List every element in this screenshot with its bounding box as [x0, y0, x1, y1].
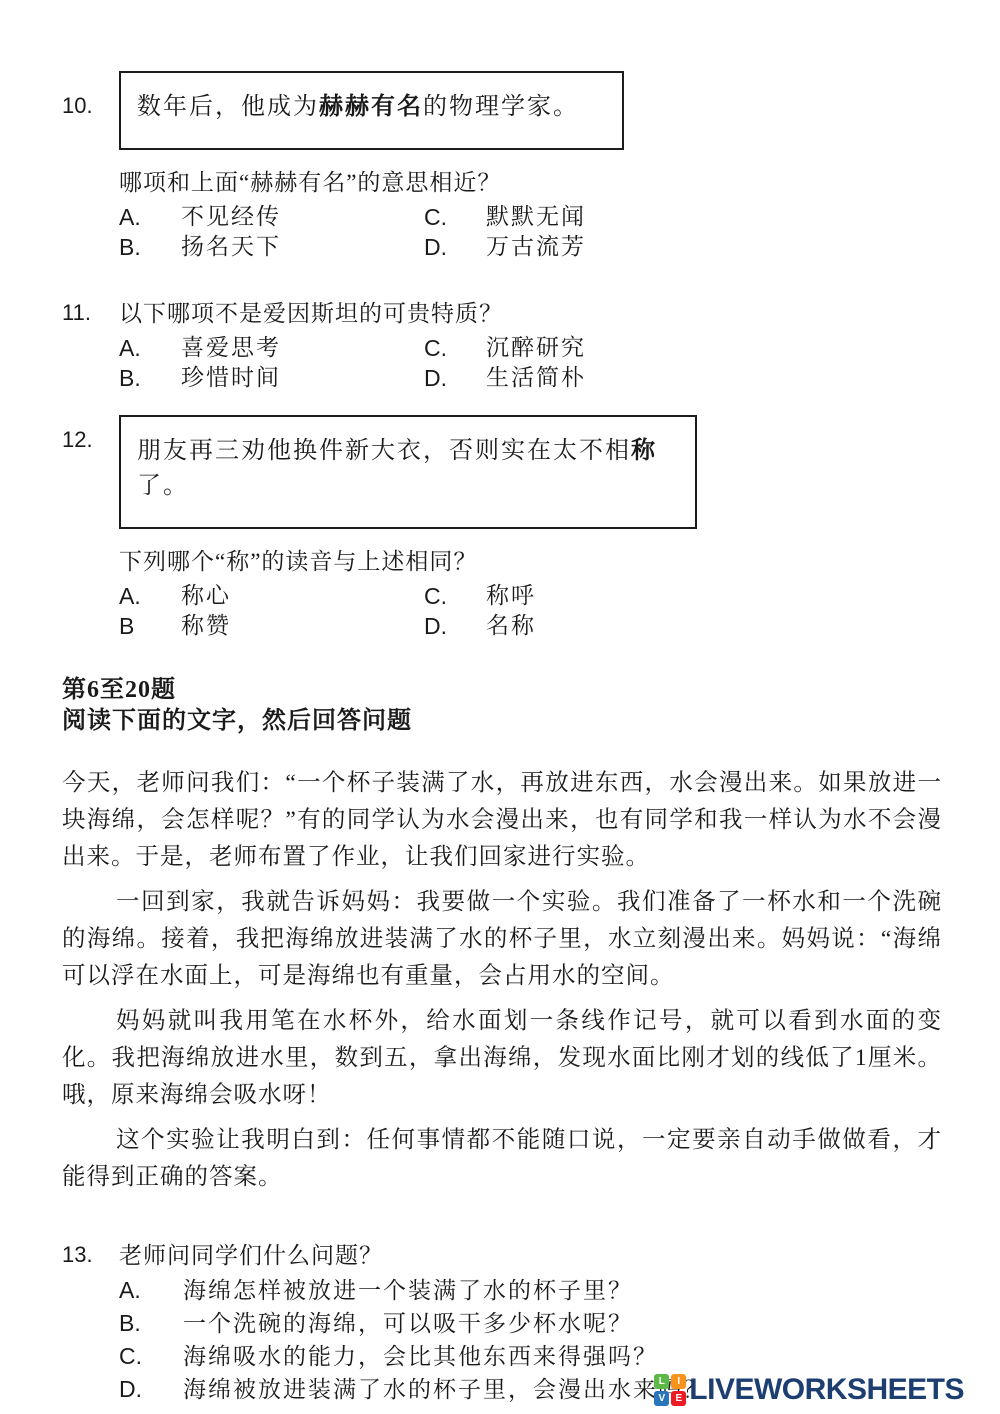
option-letter: C.: [424, 581, 486, 611]
question-10-number: 10.: [62, 71, 119, 119]
question-12-prompt: 下列哪个“称”的读音与上述相同？: [119, 548, 942, 576]
option-text: 一个洗碗的海绵，可以吸干多少杯水呢？: [183, 1307, 942, 1340]
question-10: 10. 数年后，他成为赫赫有名的物理学家。 哪项和上面“赫赫有名”的意思相近？ …: [62, 71, 942, 262]
option-text: 名称: [486, 611, 942, 641]
option-text: 称呼: [486, 581, 942, 611]
option-text: 沉醉研究: [486, 333, 942, 363]
option-letter: D.: [119, 1373, 183, 1406]
option-letter: A.: [119, 202, 181, 232]
section-header-range: 第6至20题: [62, 675, 942, 706]
option-text: 喜爱思考: [181, 333, 424, 363]
boxed-text-post: 了。: [137, 473, 189, 499]
logo-wordmark: LIVEWORKSHEETS: [689, 1373, 964, 1407]
question-11-number: 11.: [62, 300, 119, 326]
question-10-options: A. 不见经传 C. 默默无闻 B. 扬名天下 D. 万古流芳: [119, 202, 942, 262]
option-letter: D.: [424, 611, 486, 641]
option-letter: D.: [424, 232, 486, 262]
option-text: 海绵怎样被放进一个装满了水的杯子里？: [183, 1274, 942, 1307]
passage-paragraph: 这个实验让我明白到：任何事情都不能随口说，一定要亲自动手做做看，才能得到正确的答…: [62, 1122, 942, 1196]
option-text: 称心: [181, 581, 424, 611]
question-12-boxed-sentence: 朋友再三劝他换件新大衣，否则实在太不相称了。: [119, 415, 697, 529]
option-letter: B.: [119, 232, 181, 262]
option-text: 珍惜时间: [181, 363, 424, 393]
option-letter: C.: [424, 333, 486, 363]
question-12: 12. 朋友再三劝他换件新大衣，否则实在太不相称了。 下列哪个“称”的读音与上述…: [62, 419, 942, 641]
option-letter: A.: [119, 581, 181, 611]
option-text: 称赞: [181, 611, 424, 641]
option-letter: A.: [119, 333, 181, 363]
question-10-prompt: 哪项和上面“赫赫有名”的意思相近？: [119, 169, 942, 197]
option-text: 海绵吸水的能力，会比其他东西来得强吗？: [183, 1340, 942, 1373]
question-11-options: A. 喜爱思考 C. 沉醉研究 B. 珍惜时间 D. 生活简朴: [119, 333, 942, 393]
passage-paragraph: 今天，老师问我们：“一个杯子装满了水，再放进东西，水会漫出来。如果放进一块海绵，…: [62, 765, 942, 876]
passage-paragraph: 一回到家，我就告诉妈妈：我要做一个实验。我们准备了一杯水和一个洗碗的海绵。接着，…: [62, 884, 942, 995]
option-text: 生活简朴: [486, 363, 942, 393]
question-13-prompt: 老师问同学们什么问题？: [119, 1242, 942, 1270]
question-13-number: 13.: [62, 1242, 119, 1268]
question-11: 11. 以下哪项不是爱因斯坦的可贵特质？ A. 喜爱思考 C. 沉醉研究 B. …: [62, 300, 942, 393]
section-header-instruction: 阅读下面的文字，然后回答问题: [62, 706, 942, 737]
option-letter: D.: [424, 363, 486, 393]
logo-square-l: L: [654, 1374, 669, 1389]
option-text: 默默无闻: [486, 202, 942, 232]
option-letter: B.: [119, 1307, 183, 1340]
liveworksheets-logo[interactable]: L I V E LIVEWORKSHEETS: [654, 1373, 964, 1407]
option-text: 万古流芳: [486, 232, 942, 262]
logo-square-e: E: [671, 1391, 686, 1406]
option-text: 扬名天下: [181, 232, 424, 262]
option-letter: B: [119, 611, 181, 641]
question-10-boxed-sentence: 数年后，他成为赫赫有名的物理学家。: [119, 71, 624, 150]
option-letter: B.: [119, 363, 181, 393]
option-letter: C.: [424, 202, 486, 232]
option-letter: C.: [119, 1340, 183, 1373]
boxed-text-post: 的物理学家。: [423, 94, 579, 120]
worksheet-page: 10. 数年后，他成为赫赫有名的物理学家。 哪项和上面“赫赫有名”的意思相近？ …: [0, 0, 1000, 1414]
passage-paragraph: 妈妈就叫我用笔在水杯外，给水面划一条线作记号，就可以看到水面的变化。我把海绵放进…: [62, 1003, 942, 1114]
question-12-number: 12.: [62, 419, 119, 453]
logo-square-i: I: [671, 1374, 686, 1389]
option-text: 不见经传: [181, 202, 424, 232]
boxed-text-pre: 数年后，他成为: [137, 94, 319, 120]
boxed-text-bold: 赫赫有名: [319, 94, 423, 120]
reading-passage: 今天，老师问我们：“一个杯子装满了水，再放进东西，水会漫出来。如果放进一块海绵，…: [62, 765, 942, 1196]
section-header: 第6至20题 阅读下面的文字，然后回答问题: [62, 675, 942, 737]
logo-grid-icon: L I V E: [654, 1374, 686, 1406]
logo-square-v: V: [654, 1391, 669, 1406]
boxed-text-bold: 称: [631, 438, 657, 464]
option-letter: A.: [119, 1274, 183, 1307]
question-11-prompt: 以下哪项不是爱因斯坦的可贵特质？: [119, 300, 942, 328]
question-12-options: A. 称心 C. 称呼 B 称赞 D. 名称: [119, 581, 942, 641]
boxed-text-pre: 朋友再三劝他换件新大衣，否则实在太不相: [137, 438, 631, 464]
